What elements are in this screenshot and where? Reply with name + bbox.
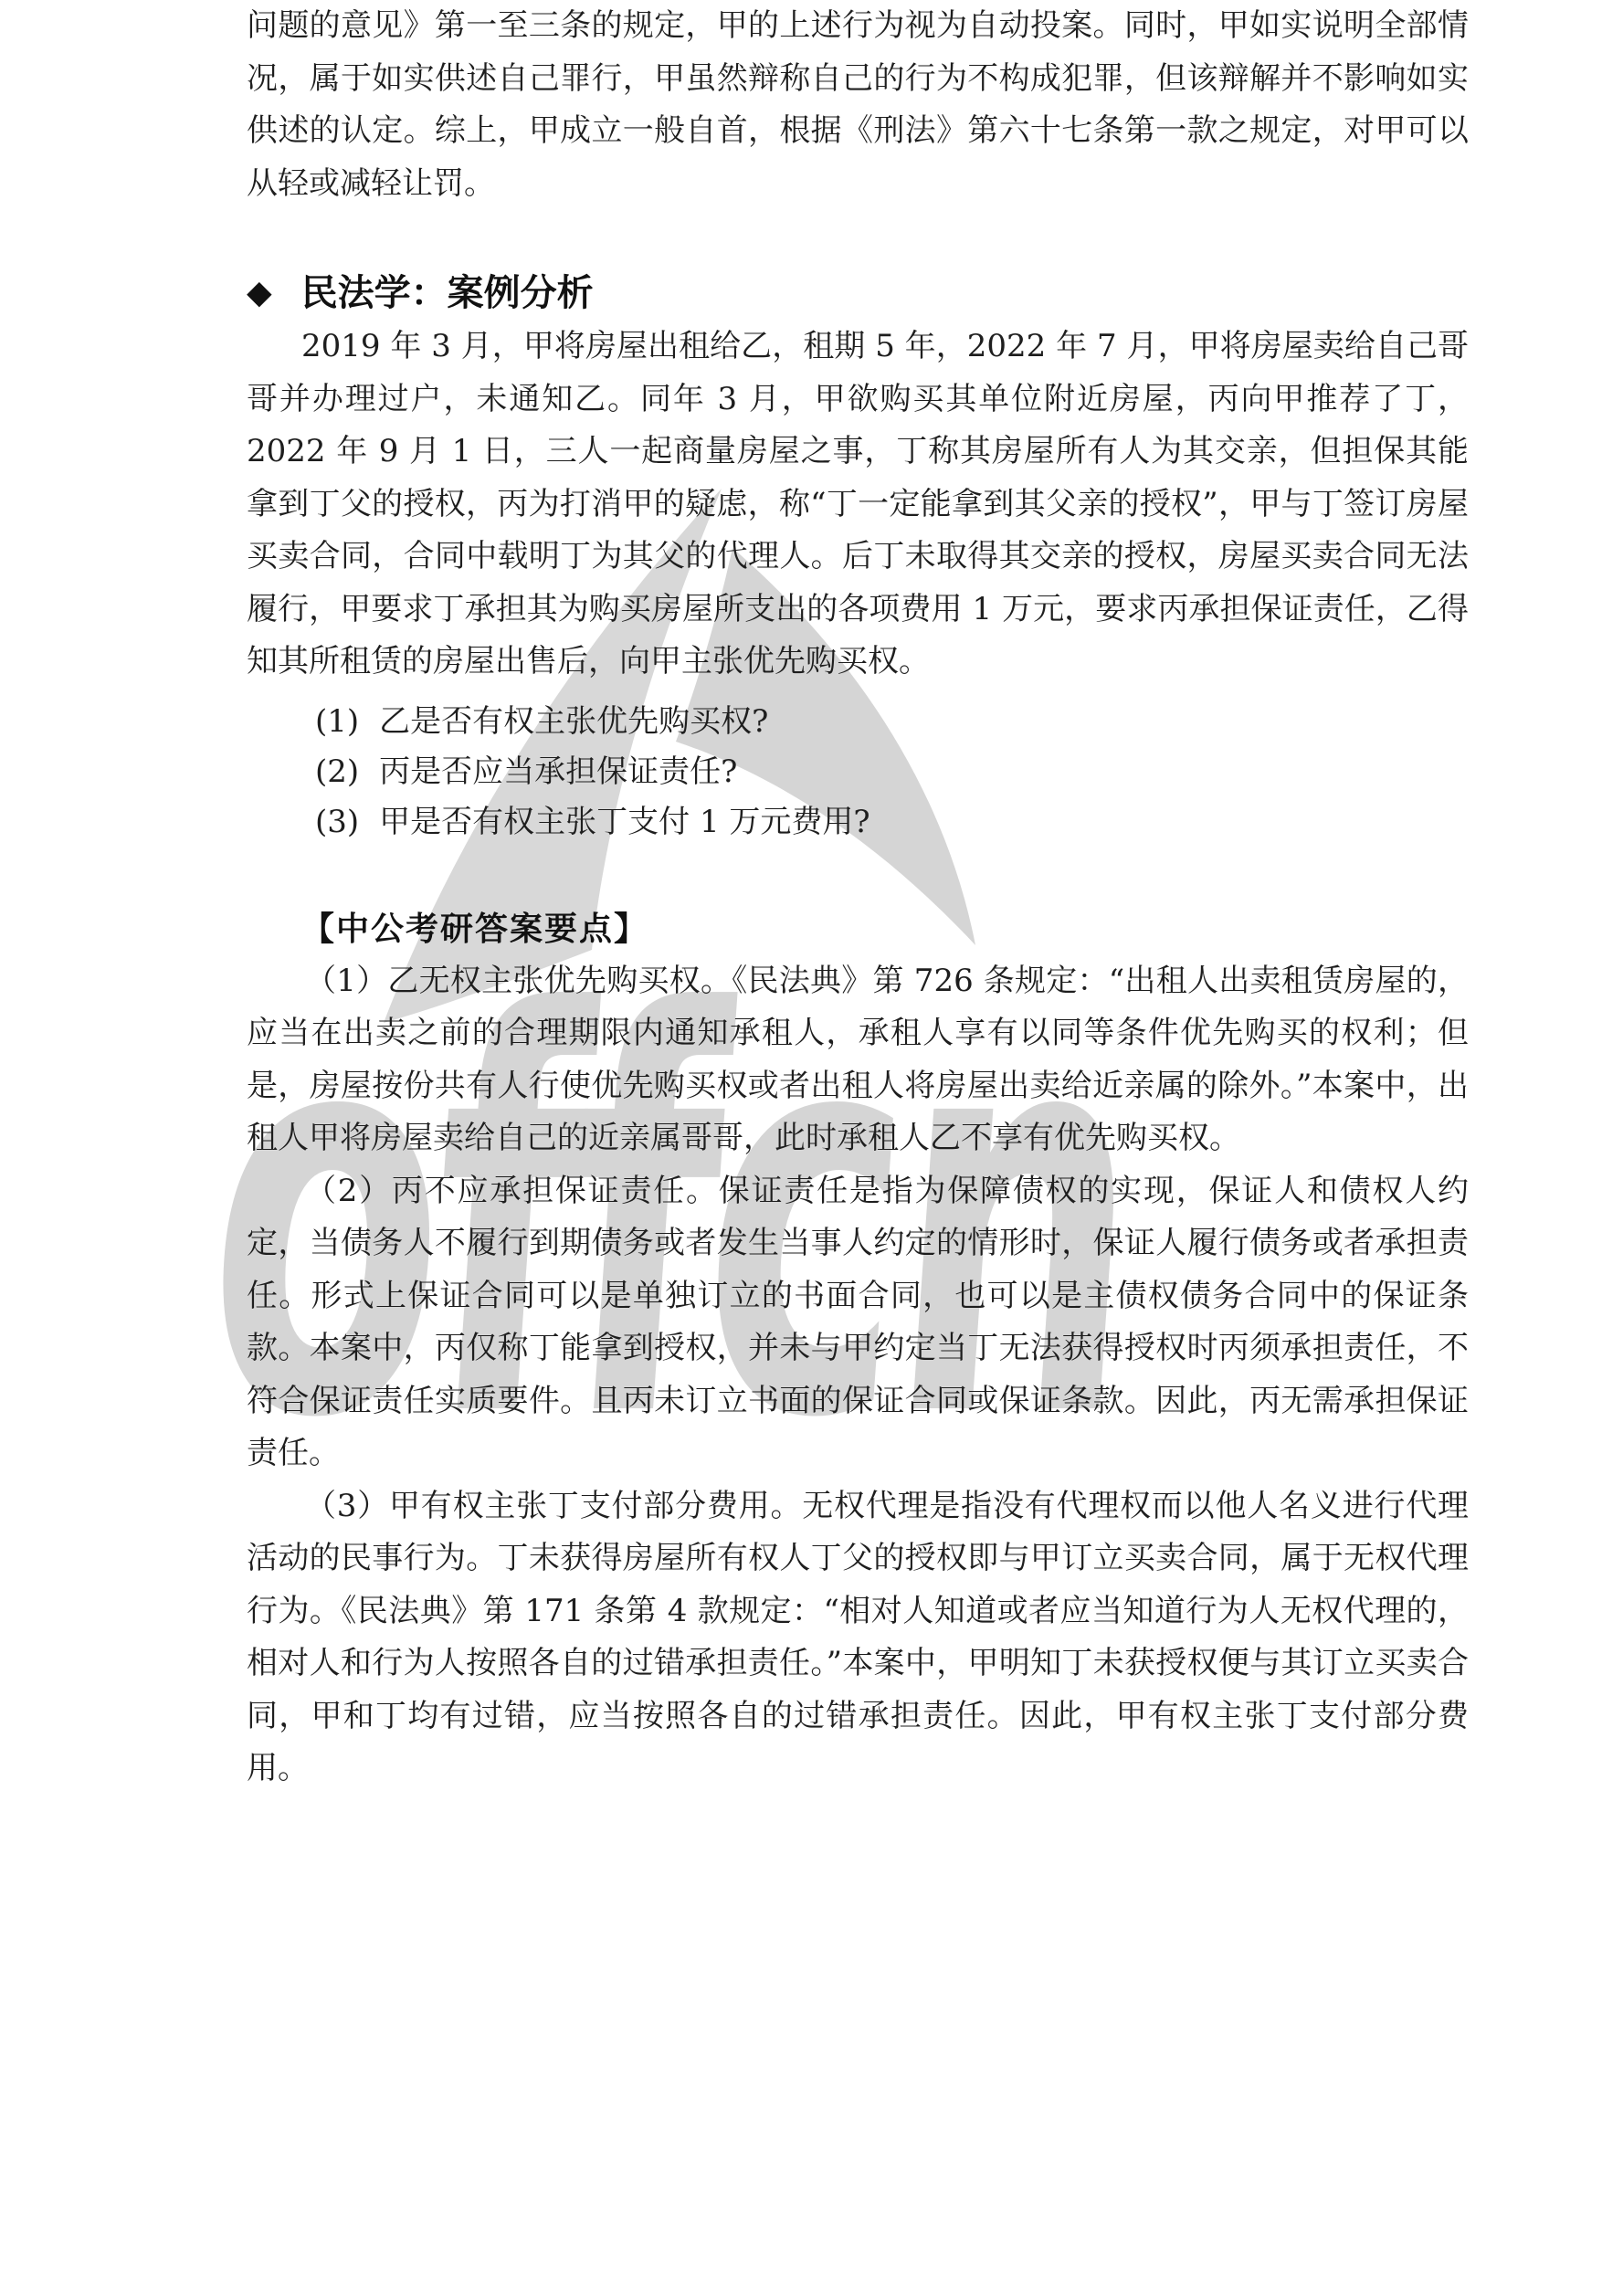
question-item: (1)乙是否有权主张优先购买权? xyxy=(247,697,1469,747)
answer-key-heading: 【中公考研答案要点】 xyxy=(247,902,1469,955)
page-content: 问题的意见》第一至三条的规定，甲的上述行为视为自动投案。同时，甲如实说明全部情况… xyxy=(247,0,1469,1796)
answer-paragraph-1: （1）乙无权主张优先购买权。《民法典》第 726 条规定：“出租人出卖租赁房屋的… xyxy=(247,955,1469,1165)
continued-paragraph: 问题的意见》第一至三条的规定，甲的上述行为视为自动投案。同时，甲如实说明全部情况… xyxy=(247,0,1469,210)
question-number: (3) xyxy=(315,804,359,840)
answer-paragraph-2: （2）丙不应承担保证责任。保证责任是指为保障债权的实现，保证人和债权人约定，当债… xyxy=(247,1165,1469,1480)
section-heading-civil-law: ◆ 民法学：案例分析 xyxy=(247,266,1469,321)
document-page: offcn 问题的意见》第一至三条的规定，甲的上述行为视为自动投案。同时，甲如实… xyxy=(0,0,1623,2296)
question-item: (2)丙是否应当承担保证责任? xyxy=(247,747,1469,797)
question-number: (2) xyxy=(315,753,359,790)
section-heading-label: 民法学：案例分析 xyxy=(301,266,594,321)
answer-paragraph-3: （3）甲有权主张丁支付部分费用。无权代理是指没有代理权而以他人名义进行代理活动的… xyxy=(247,1480,1469,1796)
question-text: 丙是否应当承担保证责任? xyxy=(379,753,737,790)
question-list: (1)乙是否有权主张优先购买权? (2)丙是否应当承担保证责任? (3)甲是否有… xyxy=(247,697,1469,848)
diamond-bullet-icon: ◆ xyxy=(247,266,272,321)
case-intro-paragraph: 2019 年 3 月，甲将房屋出租给乙，租期 5 年，2022 年 7 月，甲将… xyxy=(247,321,1469,689)
question-text: 乙是否有权主张优先购买权? xyxy=(379,703,768,740)
question-number: (1) xyxy=(315,703,359,740)
question-text: 甲是否有权主张丁支付 1 万元费用? xyxy=(379,804,869,840)
question-item: (3)甲是否有权主张丁支付 1 万元费用? xyxy=(247,797,1469,848)
